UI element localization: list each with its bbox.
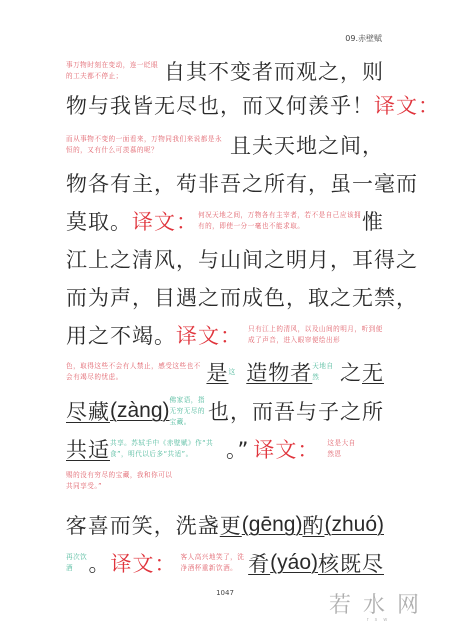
text-line: 莫取。 译文： 何况天地之间，万物各有主宰者，若不是自己应该拥有的，即使一分一毫… [66,204,384,238]
text-line: 事万物时刻在变动，连一眨眼的工夫都不停止； 自其不变者而观之，则 [66,54,384,88]
original-text: 而为声，目遇之而成色，取之无禁， [66,282,418,312]
original-text: 之 [340,357,362,387]
text-line: 客喜而笑，洗盏更(gēng)酌(zhuó) [66,508,384,542]
text-line: 物与我皆无尽也，而又何羡乎！ 译文： [66,88,384,122]
annotated-term: 是 [206,357,228,387]
original-text: 自其不变者而观之，则 [164,56,384,86]
translation-note: 只有江上的清风，以及山间的明月，听到便成了声音，进入眼帘便绘出形 [248,324,384,346]
annotated-term: 肴 [248,548,270,578]
translation-note: 事万物时刻在变动，连一眨眼的工夫都不停止； [66,60,160,82]
translation-note: 何况天地之间，万物各有主宰者，若不是自己应该拥有的，即使一分一毫也不能求取。 [198,210,362,232]
annotated-term: 无 [362,357,384,387]
pinyin: (gēng) [242,513,303,537]
text-line: 用之不竭。 译文： 只有江上的清风，以及山间的明月，听到便成了声音，进入眼帘便绘… [66,318,384,352]
annotated-term: 核既尽 [318,548,384,578]
translation-label: 译文： [111,548,177,578]
gloss-note: 这 [228,367,242,378]
gloss-note: 佛家语，指无穷无尽的宝藏。 [170,395,208,428]
original-text: 也，而吾与子之所 [208,396,384,426]
original-text: 客喜而笑，洗盏 [66,510,220,540]
watermark-logo: 若水网 rsw [320,588,440,628]
original-text: 用之不竭。 [66,320,176,350]
chapter-header: 09.赤壁赋 [345,33,382,44]
annotated-term: 尽藏 [66,396,110,426]
translation-label: 译文： [132,206,198,236]
gloss-note: 共享。苏轼手中《赤壁赋》作“共食”，明代以后多“共适”。 [110,438,226,460]
translation-note: 这是大自然恩 [327,438,357,460]
text-line: 色，取得这些不会有人禁止，感受这些也不会有竭尽的忧虑。 是 这 造物者 天地自然… [66,355,384,389]
annotated-term: 造物者 [246,357,312,387]
text-line: 共适 共享。苏轼手中《赤壁赋》作“共食”，明代以后多“共适”。 。” 译文： 这… [66,432,384,466]
original-text: 。 [89,548,111,578]
original-text: 且夫天地之间， [230,130,384,160]
original-text: 物各有主，苟非吾之所有，虽一毫而 [66,168,418,198]
text-line: 赐的没有穷尽的宝藏，我和你可以共同享受。” [66,464,384,498]
pinyin: (zàng) [110,399,170,423]
original-text: 江上之清风，与山间之明月，耳得之 [66,244,418,274]
gloss-note: 再次饮酒 [66,552,89,574]
text-line: 尽藏(zàng) 佛家语，指无穷无尽的宝藏。 也，而吾与子之所 [66,394,384,428]
text-line: 而从事物不变的一面看来，万物同我们来说都是永恒的，又有什么可羡慕的呢？ 且夫天地… [66,128,384,162]
translation-note: 赐的没有穷尽的宝藏，我和你可以共同享受。” [66,470,176,492]
translation-note: 而从事物不变的一面看来，万物同我们来说都是永恒的，又有什么可羡慕的呢？ [66,134,226,156]
annotated-term: 共适 [66,434,110,464]
pinyin: (zhuó) [324,513,384,537]
original-text: 惟 [362,206,384,236]
translation-label: 译文： [374,90,440,120]
watermark-text: 若水网 [329,593,431,618]
annotated-term: 酌 [302,510,324,540]
text-line: 再次饮酒 。 译文： 客人高兴地笑了，洗净酒杯重新饮酒。 肴(yáo)核既尽 [66,546,384,580]
gloss-note: 天地自然 [312,361,340,383]
annotated-term: 更 [220,510,242,540]
text-line: 物各有主，苟非吾之所有，虽一毫而 [66,166,384,200]
translation-note: 色，取得这些不会有人禁止，感受这些也不会有竭尽的忧虑。 [66,361,206,383]
translation-note: 客人高兴地笑了，洗净酒杯重新饮酒。 [181,552,249,574]
text-line: 而为声，目遇之而成色，取之无禁， [66,280,384,314]
pinyin: (yáo) [270,551,318,575]
original-text: 物与我皆无尽也，而又何羡乎！ [66,90,374,120]
translation-label: 译文： [176,320,242,350]
translation-label: 译文： [253,434,319,464]
original-text: 莫取。 [66,206,132,236]
original-text: 。” [226,434,249,464]
text-line: 江上之清风，与山间之明月，耳得之 [66,242,384,276]
